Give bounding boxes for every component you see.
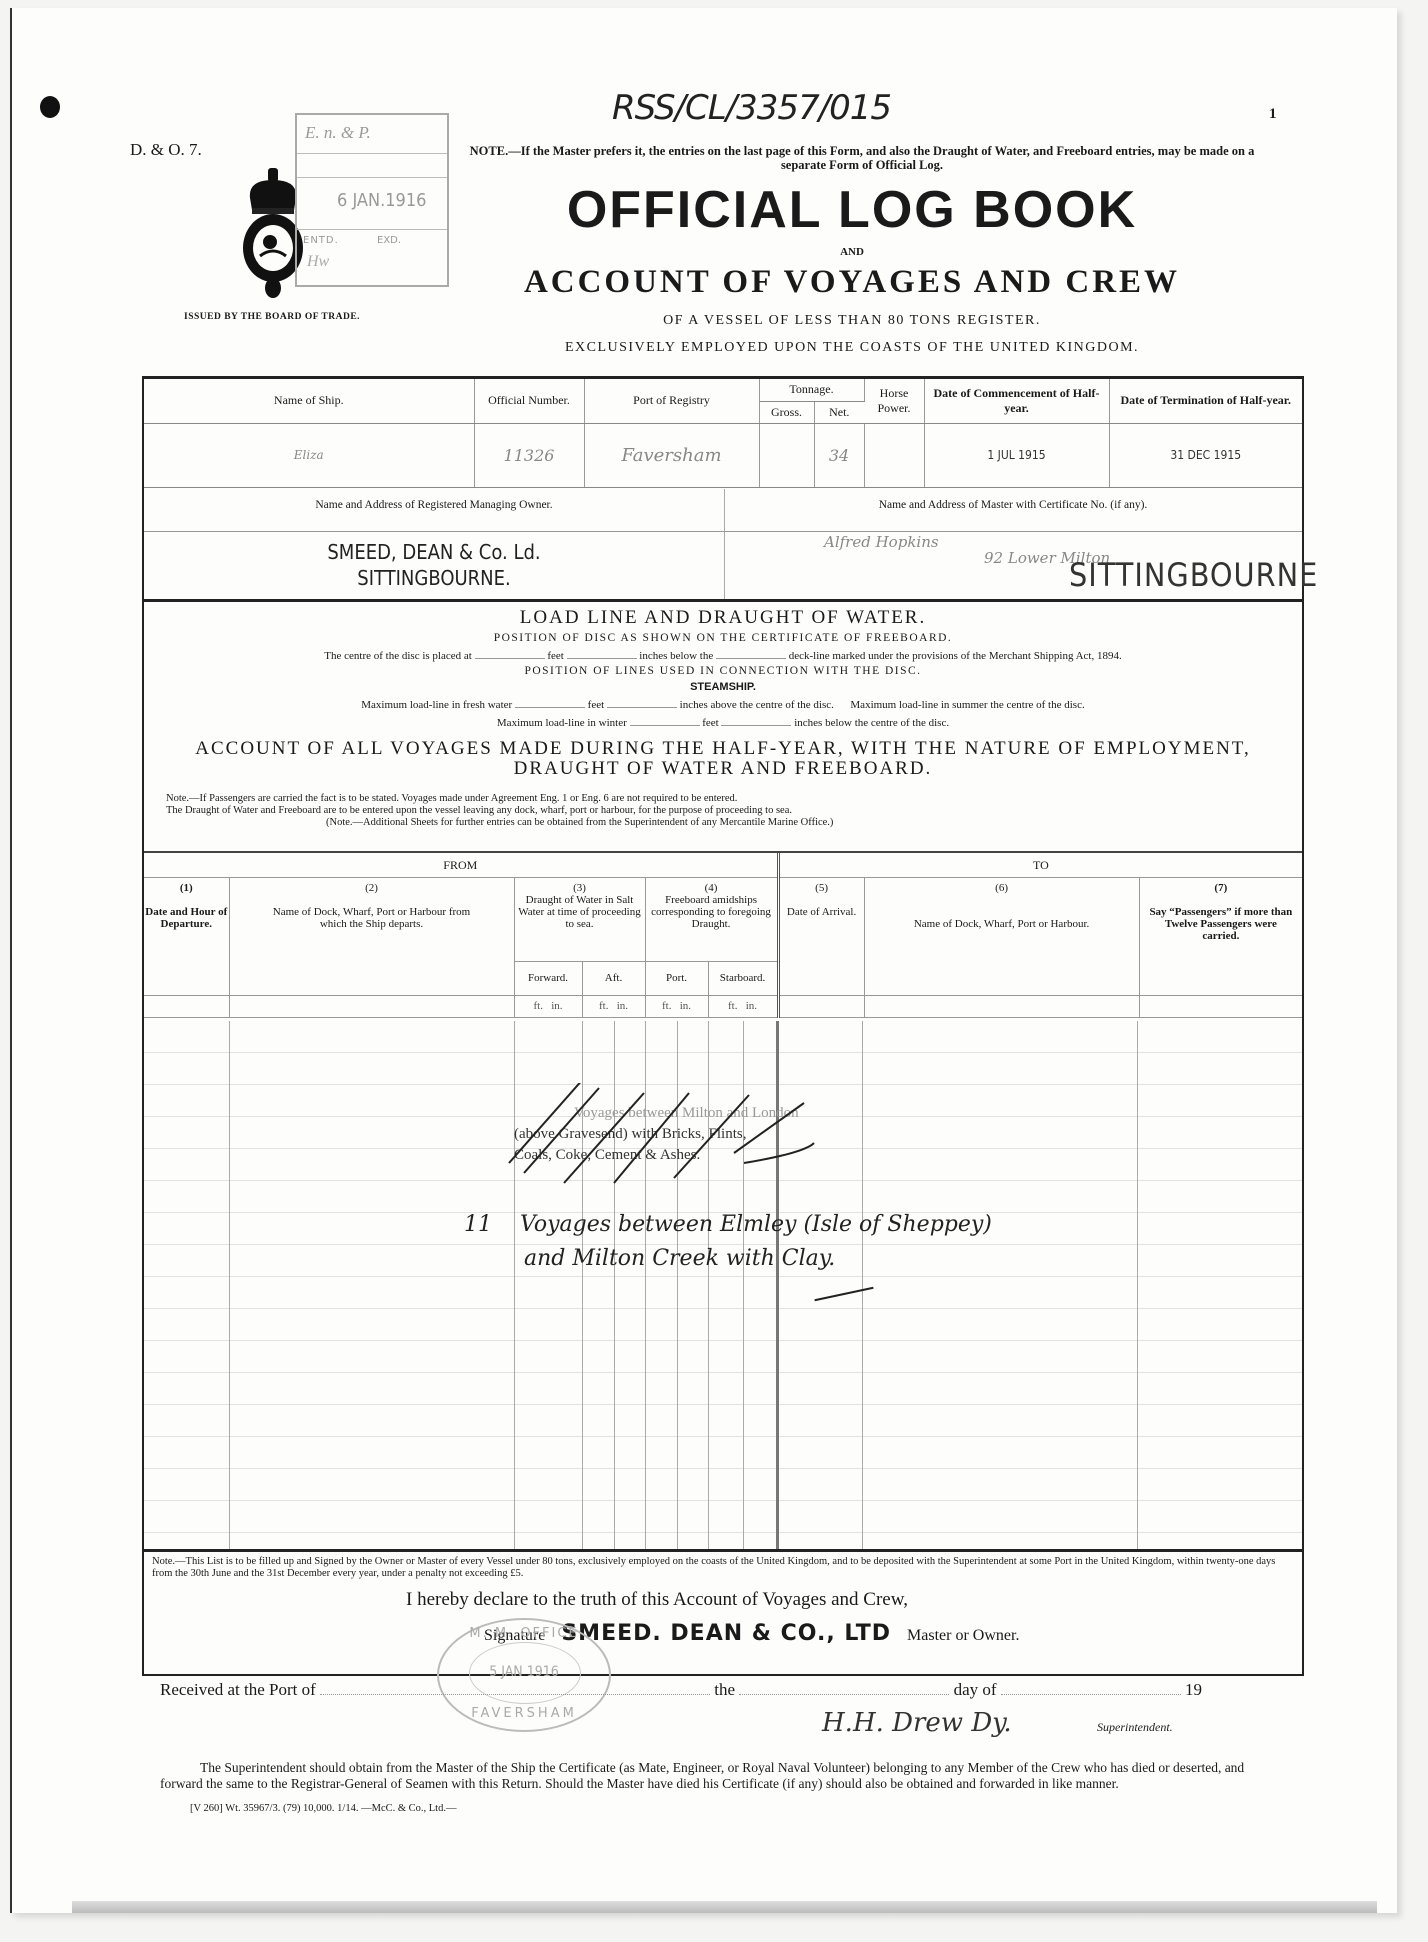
header-horse-power: Horse Power. — [864, 379, 924, 423]
master-section: Name and Address of Master with Certific… — [724, 489, 1302, 599]
col-num: (1) — [144, 882, 229, 894]
col-4-header: (4) Freeboard amidships corresponding to… — [645, 877, 778, 961]
col-7-header: (7) Say “Passengers” if more than Twelve… — [1139, 877, 1302, 995]
disc-text: deck-line marked under the provisions of… — [789, 650, 1122, 662]
col-label: Name of Dock, Wharf, Port or Harbour fro… — [270, 906, 474, 930]
ft-label: ft. — [533, 1000, 542, 1012]
account-title: ACCOUNT OF ALL VOYAGES MADE DURING THE H… — [144, 739, 1302, 779]
header-date-termination: Date of Termination of Half-year. — [1109, 379, 1302, 423]
mmo-stamp-date: 5 JAN 1916 — [439, 1664, 609, 1680]
col-label: Name of Dock, Wharf, Port or Harbour. — [905, 918, 1099, 930]
header-net: Net. — [814, 401, 864, 423]
winter-text: Maximum load-line in winter — [497, 717, 627, 729]
struck-through-stamp: Voyages between Milton and London (above… — [514, 1103, 799, 1166]
received-stamp-code: E. n. & P. — [305, 123, 371, 143]
entd-initials: Hw — [307, 253, 329, 271]
value-net: 34 — [814, 423, 864, 487]
summer-text: Maximum load-line in summer the centre o… — [850, 699, 1084, 711]
col-2-header: (2) Name of Dock, Wharf, Port or Harbour… — [229, 877, 514, 995]
handwritten-voyage-entry: 11 Voyages between Elmley (Isle of Shepp… — [464, 1208, 992, 1276]
col-label: Date and Hour of Departure. — [144, 906, 229, 930]
col-5-header: (5) Date of Arrival. — [778, 877, 864, 995]
col-1-header: (1) Date and Hour of Departure. — [144, 877, 229, 995]
in-label: in. — [617, 1000, 628, 1012]
col-3-header: (3) Draught of Water in Salt Water at ti… — [514, 877, 645, 961]
entd-label: ENTD. — [303, 235, 339, 246]
ft-label: ft. — [662, 1000, 671, 1012]
voyage-line-1: Voyages between Elmley (Isle of Sheppey) — [520, 1212, 992, 1237]
value-date-termination: 31 DEC 1915 — [1109, 423, 1302, 487]
winter-text: inches below the centre of the disc. — [794, 717, 949, 729]
col-label: Date of Arrival. — [780, 906, 864, 918]
master-town-stamp: SITTINGBOURNE — [1069, 556, 1318, 594]
owner-name: SMEED, DEAN & Co. Ld. — [144, 539, 724, 565]
disc-text: feet — [547, 650, 563, 662]
col-num: (2) — [270, 882, 474, 894]
col-label: Say “Passengers” if more than Twelve Pas… — [1148, 906, 1295, 942]
voyage-count: 11 — [464, 1212, 492, 1237]
col-line — [229, 1021, 230, 1549]
fresh-feet-field[interactable] — [515, 697, 585, 708]
sub-forward: Forward. — [514, 961, 582, 995]
the-label: the — [714, 1680, 735, 1699]
cell — [778, 995, 864, 1017]
sub-aft: Aft. — [582, 961, 645, 995]
form-code: D. & O. 7. — [130, 140, 202, 160]
cell — [144, 995, 229, 1017]
ship-details-table: Name of Ship. Official Number. Port of R… — [144, 379, 1302, 488]
strike-through-scribble-icon — [504, 1083, 844, 1193]
owner-label: Name and Address of Registered Managing … — [144, 499, 724, 511]
signature-role: Master or Owner. — [907, 1627, 1019, 1644]
col-num: (3) — [515, 882, 645, 894]
disc-feet-field[interactable] — [475, 648, 545, 659]
year-prefix: 19 — [1185, 1680, 1202, 1699]
winter-text: feet — [702, 717, 718, 729]
day-of-label: day of — [954, 1680, 997, 1699]
received-stamp: E. n. & P. 6 JAN.1916 ENTD. EXD. Hw — [295, 113, 449, 287]
col-num: (5) — [780, 882, 864, 894]
sub-port: Port. — [645, 961, 708, 995]
log-book-page: D. & O. 7. RSS/CL/3357/015 1 ISSUED BY T… — [10, 8, 1397, 1913]
received-line: Received at the Port of the day of 19 — [160, 1680, 1260, 1700]
declaration: I hereby declare to the truth of this Ac… — [406, 1589, 908, 1611]
ft-in-forward: ft. in. — [514, 995, 582, 1017]
value-official-number: 11326 — [474, 423, 584, 487]
header-tonnage: Tonnage. — [759, 379, 864, 401]
from-header: FROM — [144, 853, 778, 877]
in-label: in. — [551, 1000, 562, 1012]
master-name: Alfred Hopkins — [824, 533, 939, 551]
divider — [144, 531, 724, 532]
fresh-text: Maximum load-line in fresh water — [361, 699, 512, 711]
printer-imprint: [V 260] Wt. 35967/3. (79) 10,000. 1/14. … — [190, 1803, 456, 1814]
mmo-faversham-stamp: M. M. OFFICE 5 JAN 1916 FAVERSHAM — [437, 1618, 611, 1732]
divider — [724, 531, 1302, 532]
fresh-text: inches above the centre of the disc. — [680, 699, 834, 711]
title-and: AND — [452, 246, 1252, 258]
ft-in-port: ft. in. — [645, 995, 708, 1017]
page-subtitle: ACCOUNT OF VOYAGES AND CREW — [452, 264, 1252, 301]
voyage-table-header: FROM TO (1) Date and Hour of Departure. … — [144, 853, 1302, 1018]
col-line — [1137, 1021, 1138, 1549]
divider — [297, 153, 447, 154]
winter-feet-field[interactable] — [630, 715, 700, 726]
disc-text: inches below the — [639, 650, 713, 662]
cell — [864, 995, 1139, 1017]
header-gross: Gross. — [759, 401, 814, 423]
superintendent-label: Superintendent. — [1097, 1720, 1173, 1735]
ft-in-aft: ft. in. — [582, 995, 645, 1017]
owner-master-row: Name and Address of Registered Managing … — [144, 489, 1302, 602]
received-at-label: Received at the Port of — [160, 1680, 316, 1699]
lines-heading: POSITION OF LINES USED IN CONNECTION WIT… — [144, 665, 1302, 677]
subtitle-vessel-size: OF A VESSEL OF LESS THAN 80 TONS REGISTE… — [452, 313, 1252, 329]
value-horse-power — [864, 423, 924, 487]
sub-starboard: Starboard. — [708, 961, 778, 995]
punch-hole — [40, 96, 60, 118]
page-title: OFFICIAL LOG BOOK — [452, 180, 1252, 240]
superintendent-signature: H.H. Drew Dy. — [822, 1708, 1012, 1738]
col-line — [862, 1021, 863, 1549]
cell — [1139, 995, 1302, 1017]
value-gross — [759, 423, 814, 487]
main-form: Name of Ship. Official Number. Port of R… — [142, 376, 1304, 1676]
header-official-number: Official Number. — [474, 379, 584, 423]
mmo-stamp-bottom: FAVERSHAM — [439, 1706, 609, 1721]
value-port-of-registry: Faversham — [584, 423, 759, 487]
exd-label: EXD. — [377, 235, 401, 246]
mmo-stamp-top: M. M. OFFICE — [439, 1626, 609, 1641]
divider — [297, 229, 447, 230]
received-stamp-date: 6 JAN.1916 — [337, 190, 426, 211]
port-field[interactable] — [320, 1682, 710, 1695]
header-port-of-registry: Port of Registry — [584, 379, 759, 423]
load-line-title: LOAD LINE AND DRAUGHT OF WATER. — [144, 607, 1302, 629]
col-label: Draught of Water in Salt Water at time o… — [515, 894, 645, 930]
signature-stamp: SMEED. DEAN & CO., LTD — [561, 1621, 891, 1646]
archive-reference: RSS/CL/3357/015 — [612, 88, 891, 128]
disc-text: The centre of the disc is placed at — [324, 650, 472, 662]
ft-label: ft. — [599, 1000, 608, 1012]
owner-stamp: SMEED, DEAN & Co. Ld. SITTINGBOURNE. — [144, 539, 724, 591]
fresh-inches-field[interactable] — [607, 697, 677, 708]
owner-section: Name and Address of Registered Managing … — [144, 489, 725, 599]
account-note-3: (Note.—Additional Sheets for further ent… — [166, 817, 1302, 829]
disc-position-line: The centre of the disc is placed at feet… — [144, 648, 1302, 662]
col-num: (6) — [905, 882, 1099, 894]
fresh-water-line: Maximum load-line in fresh water feet in… — [144, 697, 1302, 711]
account-note-2: The Draught of Water and Freeboard are t… — [166, 805, 1302, 817]
load-line-section: LOAD LINE AND DRAUGHT OF WATER. POSITION… — [144, 601, 1302, 853]
deck-line-field[interactable] — [716, 648, 786, 659]
issued-by-label: ISSUED BY THE BOARD OF TRADE. — [184, 312, 360, 322]
cell — [229, 995, 514, 1017]
col-6-header: (6) Name of Dock, Wharf, Port or Harbour… — [864, 877, 1139, 995]
col-num: (7) — [1148, 882, 1295, 894]
ft-in-starboard: ft. in. — [708, 995, 778, 1017]
col-num: (4) — [646, 882, 777, 894]
ft-label: ft. — [728, 1000, 737, 1012]
subtitle-coasts: EXCLUSIVELY EMPLOYED UPON THE COASTS OF … — [452, 340, 1252, 356]
steamship-heading: STEAMSHIP. — [144, 681, 1302, 693]
col-label: Freeboard amidships corresponding to for… — [646, 894, 777, 930]
disc-inches-field[interactable] — [567, 648, 637, 659]
owner-town: SITTINGBOURNE. — [144, 565, 724, 591]
value-name-of-ship: Eliza — [144, 423, 474, 487]
top-note: NOTE.—If the Master prefers it, the entr… — [462, 144, 1262, 172]
header-date-commencement: Date of Commencement of Half-year. — [924, 379, 1109, 423]
fresh-text: feet — [588, 699, 604, 711]
header-name-of-ship: Name of Ship. — [144, 379, 474, 423]
day-field[interactable] — [739, 1682, 949, 1695]
winter-line: Maximum load-line in winter feet inches … — [144, 715, 1302, 729]
voyage-line-2: and Milton Creek with Clay. — [464, 1246, 835, 1271]
winter-inches-field[interactable] — [721, 715, 791, 726]
master-label: Name and Address of Master with Certific… — [724, 499, 1302, 511]
month-field[interactable] — [1001, 1682, 1181, 1695]
value-date-commencement: 1 JUL 1915 — [924, 423, 1109, 487]
divider — [297, 177, 447, 178]
in-label: in. — [746, 1000, 757, 1012]
voyage-table: FROM TO (1) Date and Hour of Departure. … — [144, 853, 1302, 1549]
in-label: in. — [680, 1000, 691, 1012]
account-note-1: Note.—If Passengers are carried the fact… — [166, 793, 1302, 805]
to-header: TO — [778, 853, 1302, 877]
page-edge — [72, 1901, 1377, 1913]
disc-heading: POSITION OF DISC AS SHOWN ON THE CERTIFI… — [144, 632, 1302, 644]
page-number: 1 — [1269, 106, 1277, 123]
filing-note: Note.—This List is to be filled up and S… — [144, 1549, 1302, 1584]
superintendent-note: The Superintendent should obtain from th… — [160, 1760, 1285, 1792]
account-notes: Note.—If Passengers are carried the fact… — [166, 793, 1302, 829]
